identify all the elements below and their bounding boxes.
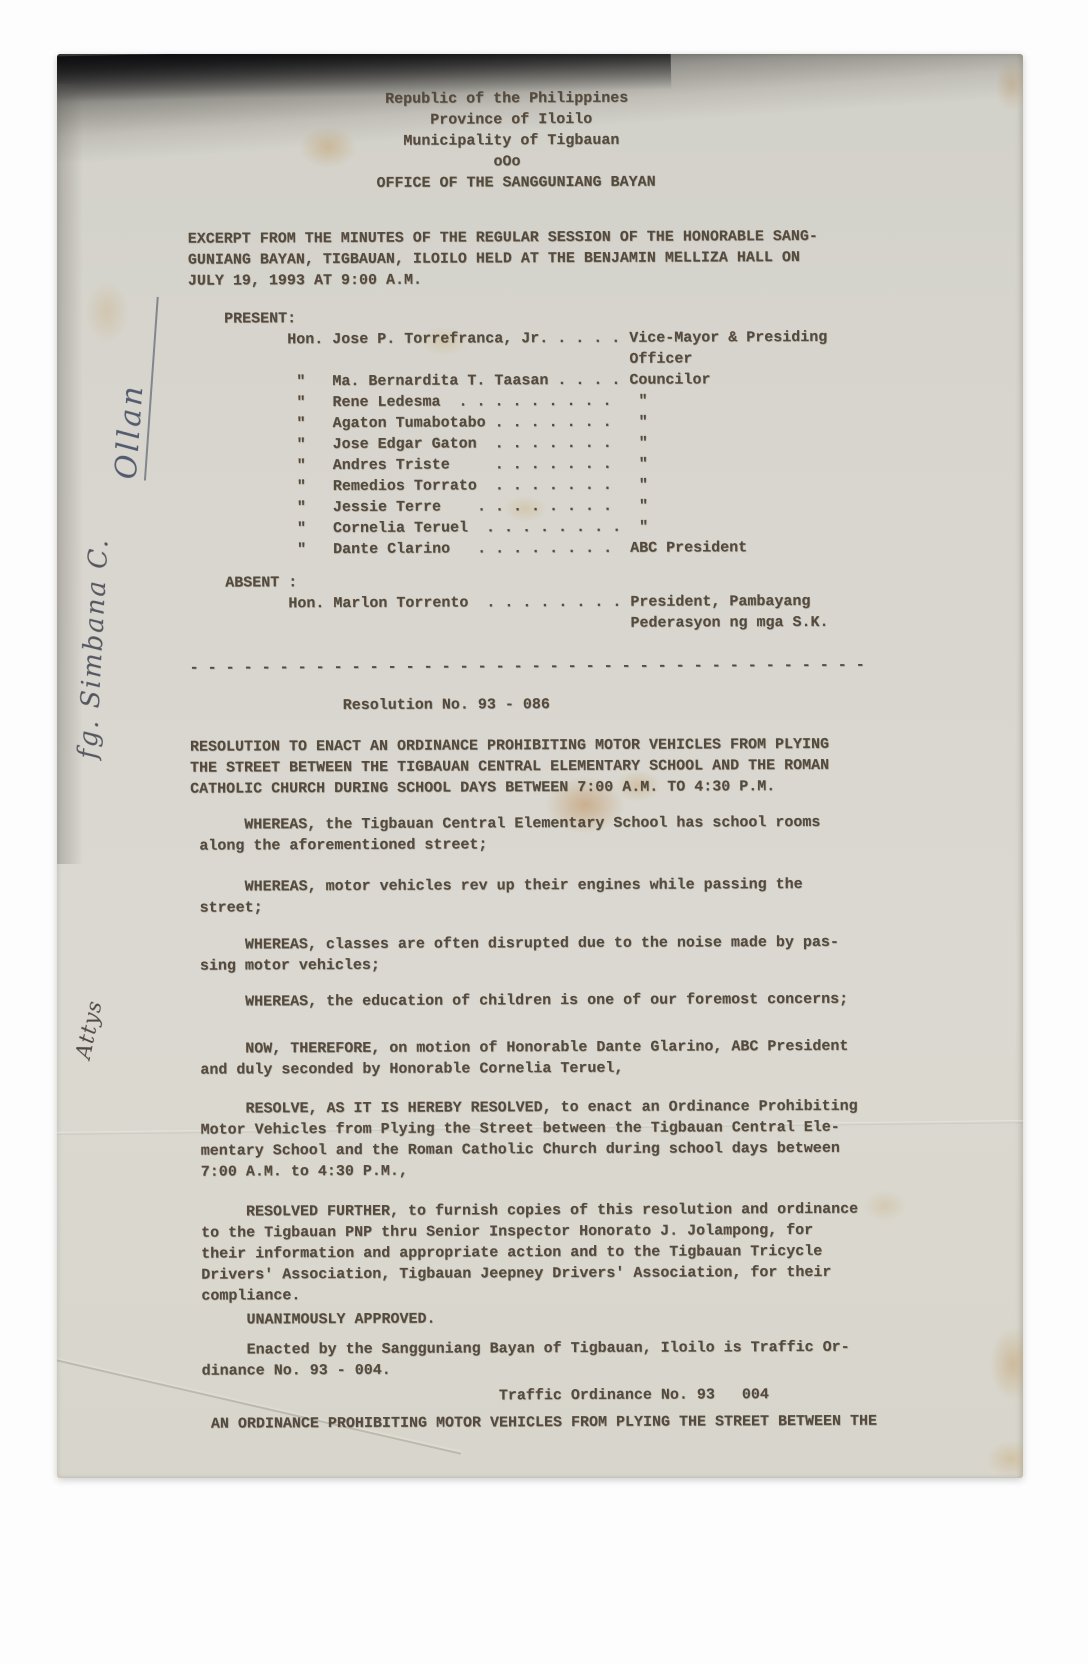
typed-line: along the aforementioned street;: [190, 832, 950, 856]
typed-line: Traffic Ordinance No. 93 004: [193, 1383, 953, 1407]
typed-line: Pederasyon ng mga S.K.: [189, 611, 949, 635]
typed-line: and duly seconded by Honorable Cornelia …: [191, 1056, 951, 1080]
typed-line: CATHOLIC CHURCH DURING SCHOOL DAYS BETWE…: [190, 775, 950, 799]
typed-line: UNANIMOUSLY APPROVED.: [192, 1306, 952, 1330]
typed-line: JULY 19, 1993 AT 9:00 A.M.: [188, 267, 948, 291]
typed-line: sing motor vehicles;: [191, 952, 951, 976]
stain: [985, 1440, 1023, 1478]
typed-line: Enacted by the Sangguniang Bayan of Tigb…: [193, 1336, 953, 1360]
typed-line: street;: [191, 894, 951, 918]
typed-line: WHEREAS, the education of children is on…: [191, 988, 951, 1012]
typed-line: mentary School and the Roman Catholic Ch…: [192, 1137, 952, 1161]
document-paper: Republic of the Philippines Province of …: [57, 54, 1023, 1478]
handwritten-margin-note: Attys: [71, 998, 107, 1061]
typed-line: compliance.: [192, 1282, 952, 1306]
typed-line: dinance No. 93 - 004.: [193, 1357, 953, 1381]
handwritten-signature-scrawl: Ollan: [109, 294, 159, 480]
typed-line: AN ORDINANCE PROHIBITING MOTOR VEHICLES …: [193, 1410, 953, 1434]
typed-line: OFFICE OF THE SANGGUNIANG BAYAN: [187, 170, 947, 194]
stain: [989, 1326, 1023, 1402]
typed-line: 7:00 A.M. to 4:30 P.M.,: [192, 1158, 952, 1182]
typed-line: WHEREAS, classes are often disrupted due…: [191, 931, 951, 955]
typed-line: RESOLVED FURTHER, to furnish copies of t…: [192, 1198, 952, 1222]
typed-line: Resolution No. 93 - 086: [190, 692, 950, 716]
typed-line: " Dante Clarino . . . . . . . . ABC Pres…: [189, 536, 949, 560]
typed-line: NOW, THEREFORE, on motion of Honorable D…: [191, 1035, 951, 1059]
typed-line: - - - - - - - - - - - - - - - - - - - - …: [190, 654, 950, 678]
typed-text-block: Republic of the Philippines Province of …: [187, 86, 953, 1434]
photo-background: Republic of the Philippines Province of …: [0, 0, 1088, 1664]
